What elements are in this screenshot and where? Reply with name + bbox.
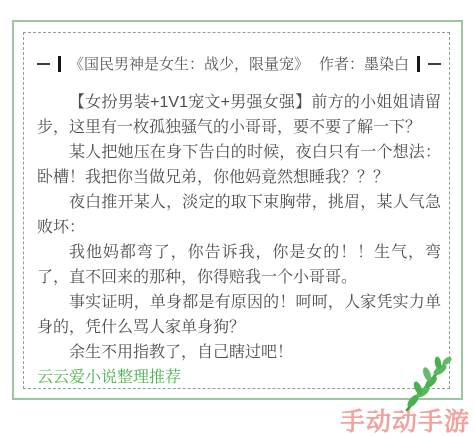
author-label: 作者：墨染白 (319, 53, 409, 74)
paragraph: 夜白推开某人，淡定的取下束胸带，挑眉，某人气急败坏： (37, 190, 441, 240)
title-bar-right (417, 56, 420, 72)
paragraph: 事实证明，单身都是有原因的！呵呵，人家凭实力单身的，凭什么骂人家单身狗？ (37, 290, 441, 340)
page-title: 《国民男神是女生：战少，限量宠》 作者：墨染白 (69, 53, 409, 74)
card-content: 《国民男神是女生：战少，限量宠》 作者：墨染白 【女扮男装+1V1宠文+男强女强… (24, 33, 449, 388)
paragraph: 余生不用指教了，自己瞎过吧！ (37, 340, 441, 365)
dashed-frame: 《国民男神是女生：战少，限量宠》 作者：墨染白 【女扮男装+1V1宠文+男强女强… (23, 32, 450, 389)
title-row: 《国民男神是女生：战少，限量宠》 作者：墨染白 (37, 53, 441, 74)
title-rule-right (428, 63, 441, 65)
paragraph: 我他妈都弯了，你告诉我，你是女的！！生气，弯了，直不回来的那种，你得赔我一个小哥… (37, 240, 441, 290)
paragraph: 某人把她压在身下告白的时候，夜白只有一个想法：卧槽！我把你当做兄弟，你他妈竟然想… (37, 140, 441, 190)
leaf-icon (400, 356, 454, 412)
book-card: 《国民男神是女生：战少，限量宠》 作者：墨染白 【女扮男装+1V1宠文+男强女强… (12, 20, 463, 400)
book-title: 《国民男神是女生：战少，限量宠》 (69, 53, 309, 74)
title-bar-left (58, 56, 61, 72)
title-rule-left (37, 63, 50, 65)
promo-credit-link[interactable]: 云云爱小说整理推荐 (37, 365, 441, 390)
paragraph: 【女扮男装+1V1宠文+男强女强】前方的小姐姐请留步，这里有一枚孤独骚气的小哥哥… (37, 90, 441, 140)
